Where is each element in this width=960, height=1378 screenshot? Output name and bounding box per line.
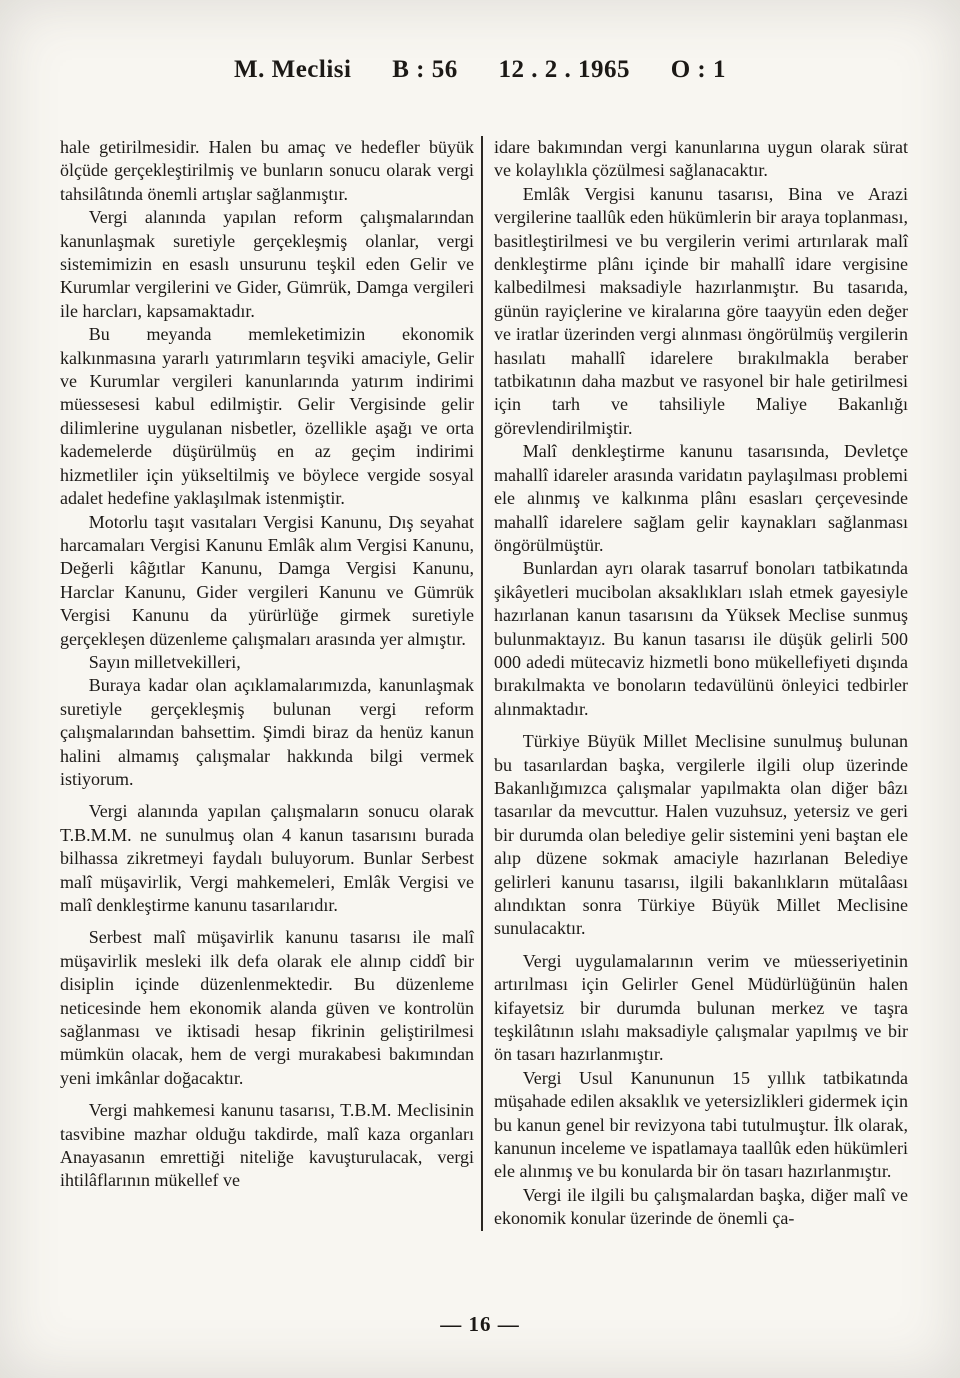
document-page: M. Meclisi B : 56 12 . 2 . 1965 O : 1 ha…	[0, 0, 960, 1378]
paragraph: Vergi alanında yapılan reform çalışmalar…	[60, 206, 474, 323]
header-session: O : 1	[671, 56, 726, 84]
paragraph: Vergi alanında yapılan çalışmaların sonu…	[60, 800, 474, 917]
paragraph: Vergi ile ilgili bu çalışmalardan başka,…	[494, 1184, 908, 1231]
header-sitting: B : 56	[392, 56, 458, 84]
paragraph: Motorlu taşıt vasıtaları Vergisi Kanunu,…	[60, 511, 474, 651]
paragraph: Serbest malî müşavirlik kanunu tasarısı …	[60, 926, 474, 1090]
paragraph: Vergi uygulamalarının verim ve müesseriy…	[494, 950, 908, 1067]
column-divider	[481, 136, 483, 1231]
paragraph: Sayın milletvekilleri,	[60, 651, 474, 674]
two-column-body: hale getirilmesidir. Halen bu amaç ve he…	[60, 136, 908, 1231]
header-chamber: M. Meclisi	[234, 56, 351, 84]
paragraph: Emlâk Vergisi kanunu tasarısı, Bina ve A…	[494, 183, 908, 440]
paragraph: idare bakımından vergi kanunlarına uygun…	[494, 136, 908, 183]
paragraph: Buraya kadar olan açıklamalarımızda, kan…	[60, 674, 474, 791]
left-column: hale getirilmesidir. Halen bu amaç ve he…	[60, 136, 474, 1231]
page-header: M. Meclisi B : 56 12 . 2 . 1965 O : 1	[0, 56, 960, 84]
paragraph: Malî denkleştirme kanunu tasarısında, De…	[494, 440, 908, 557]
paragraph: Vergi Usul Kanununun 15 yıllık tatbikatı…	[494, 1067, 908, 1184]
paragraph: Türkiye Büyük Millet Meclisine sunulmuş …	[494, 730, 908, 941]
header-date: 12 . 2 . 1965	[498, 56, 630, 84]
paragraph: hale getirilmesidir. Halen bu amaç ve he…	[60, 136, 474, 206]
paragraph: Vergi mahkemesi kanunu tasarısı, T.B.M. …	[60, 1099, 474, 1193]
right-column: idare bakımından vergi kanunlarına uygun…	[494, 136, 908, 1231]
paragraph: Bunlardan ayrı olarak tasarruf bonoları …	[494, 557, 908, 721]
paragraph: Bu meyanda memleketimizin ekonomik kalkı…	[60, 323, 474, 510]
footer-page-number: — 16 —	[0, 1312, 960, 1337]
